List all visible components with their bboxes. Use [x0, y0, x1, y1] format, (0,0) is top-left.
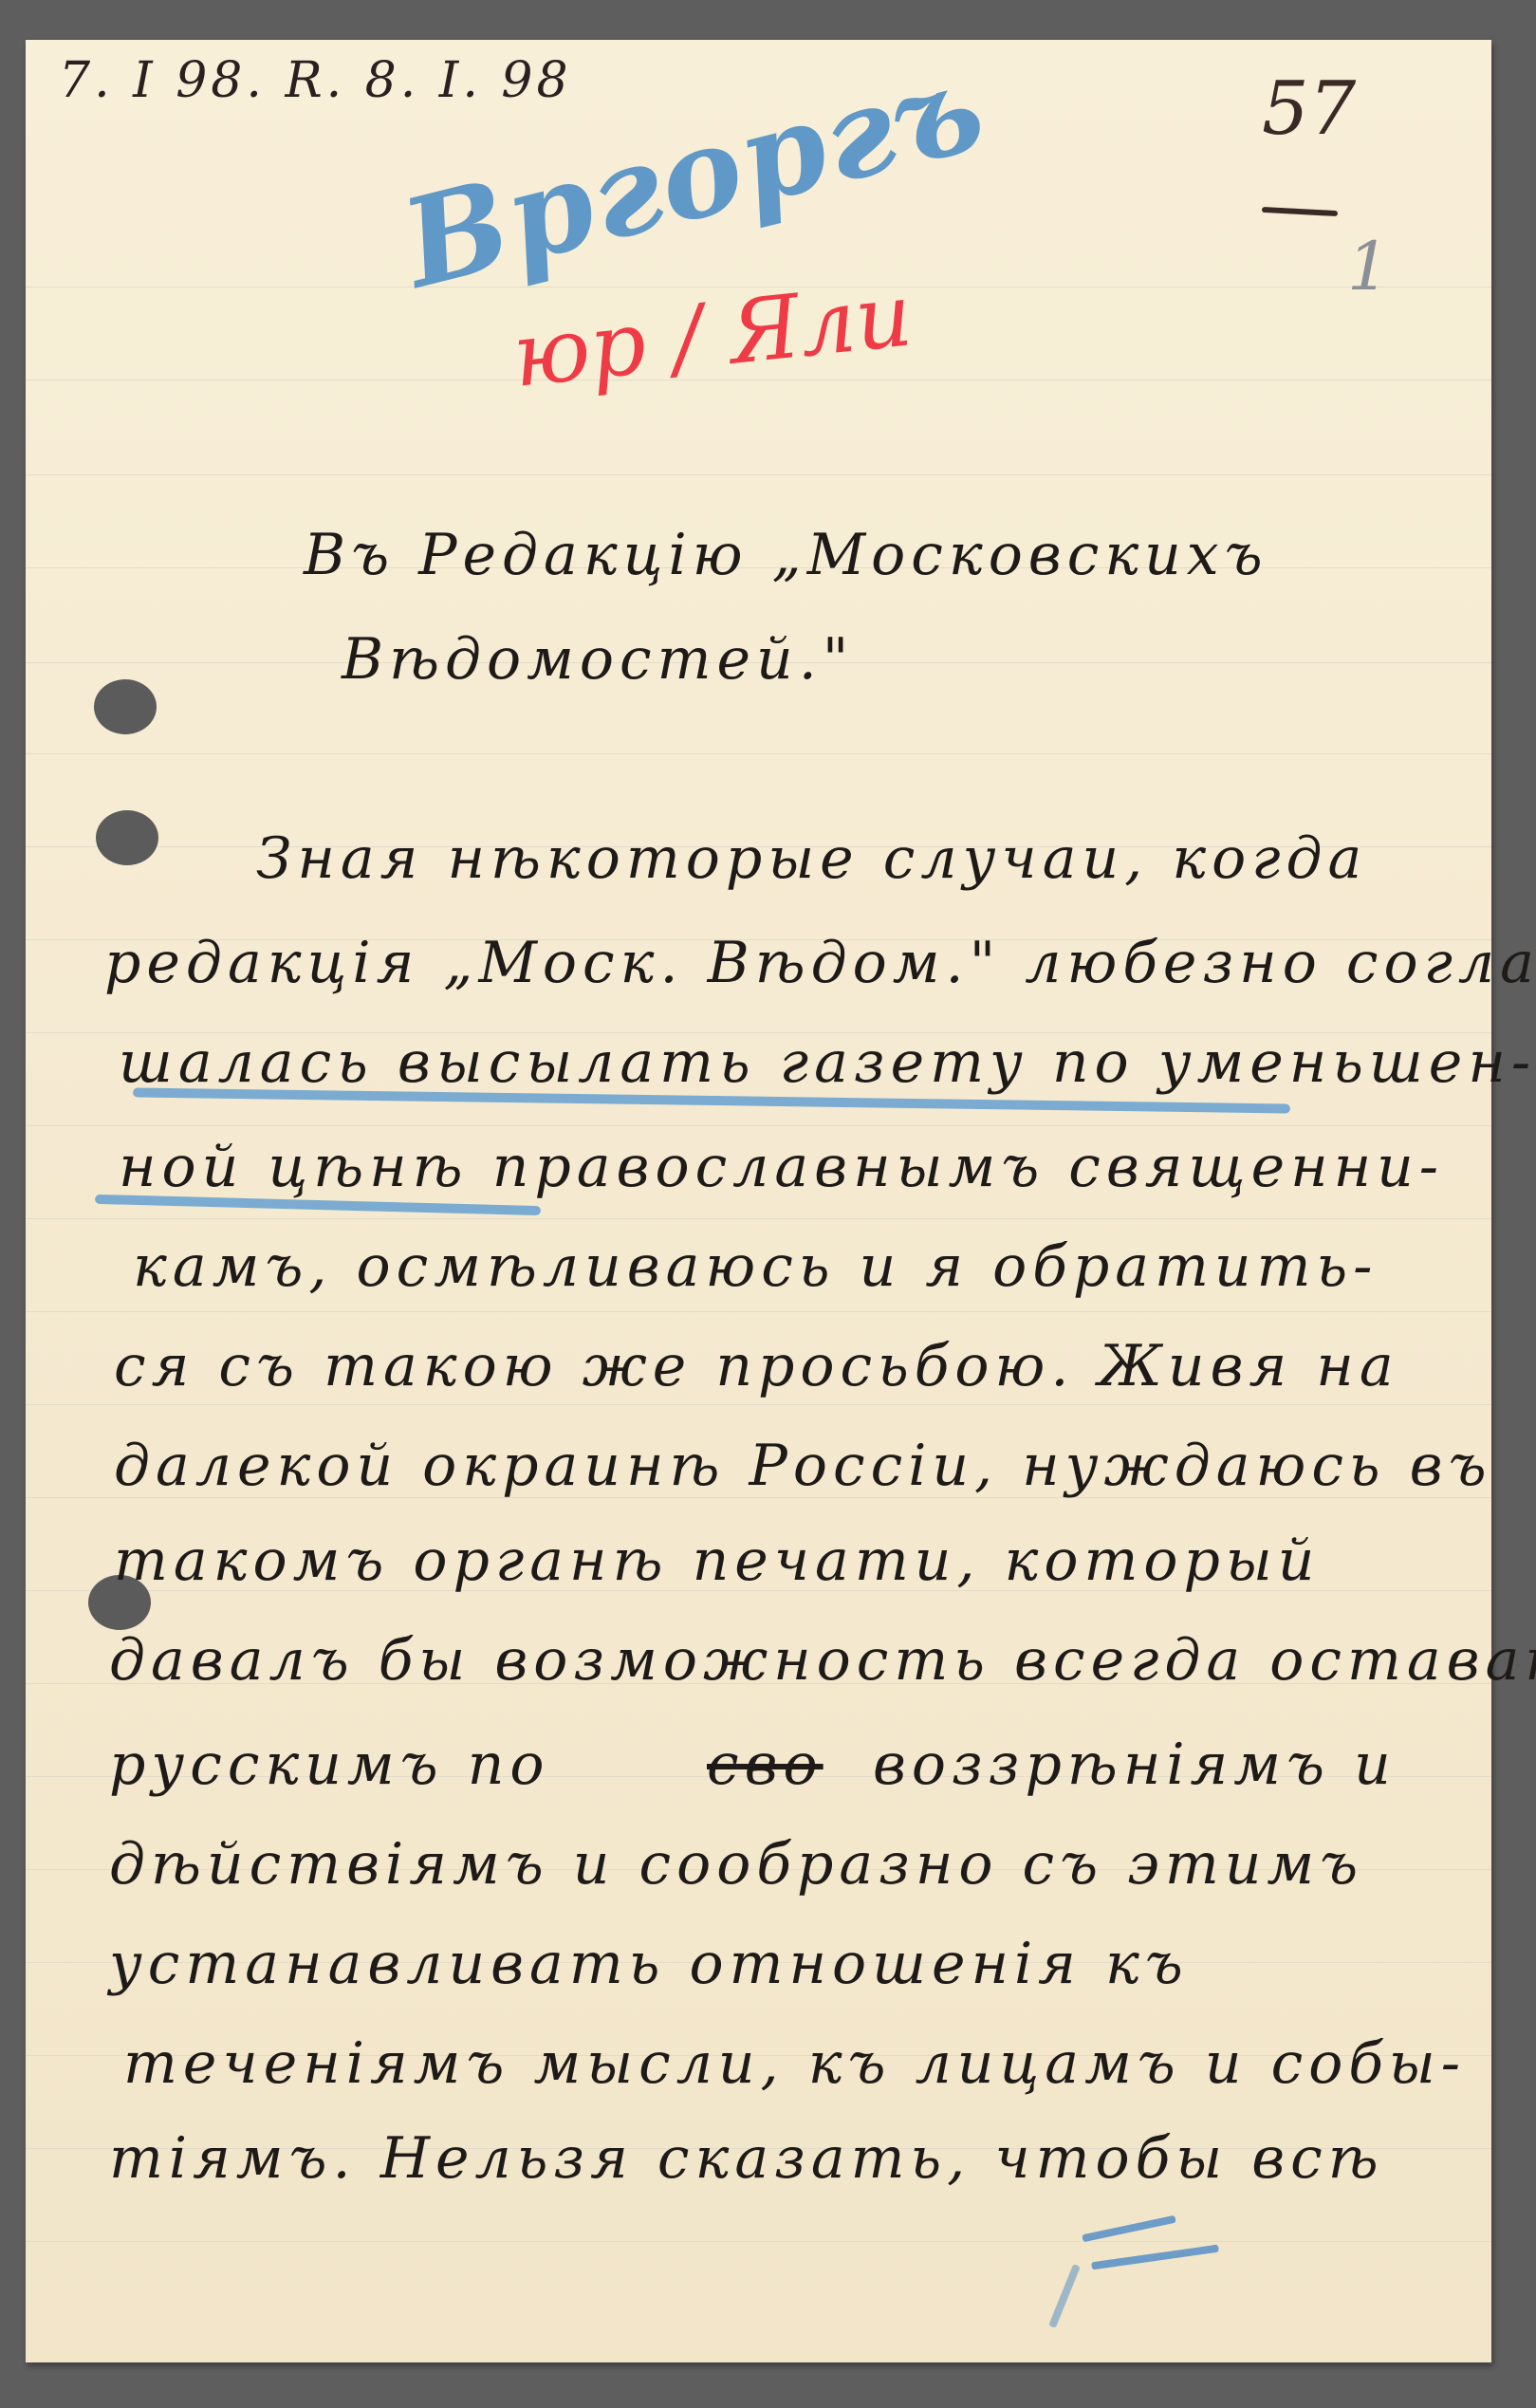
body-line: ной цѣнѣ православнымъ священни-	[119, 1134, 1444, 1200]
body-line: далекой окраинѣ Россіи, нуждаюсь въ	[114, 1433, 1492, 1499]
body-line: редакція „Моск. Вѣдом." любезно согла-	[104, 930, 1536, 996]
ruled-line	[26, 753, 1491, 754]
body-line: теченіямъ мысли, къ лицамъ и собы-	[123, 2030, 1466, 2097]
body-line: воззрѣніямъ и	[873, 1732, 1397, 1798]
body-line: тіямъ. Нельзя сказать, чтобы всѣ	[109, 2125, 1384, 2192]
ruled-line	[26, 2241, 1491, 2242]
body-line: русскимъ по	[109, 1732, 549, 1798]
body-line: ся съ такою же просьбою. Живя на	[114, 1333, 1399, 1399]
punch-hole	[96, 810, 158, 865]
punch-hole	[94, 679, 157, 734]
ruled-line	[26, 1125, 1491, 1126]
ruled-line	[26, 1218, 1491, 1219]
body-line: давалъ бы возможность всегда оставаться	[109, 1627, 1536, 1694]
body-line: камъ, осмѣливаюсь и я обратить-	[133, 1233, 1378, 1300]
struck-word: сво	[707, 1732, 824, 1798]
body-line: дѣйствіямъ и сообразно съ этимъ	[109, 1831, 1363, 1898]
ruled-line	[26, 474, 1491, 475]
ruled-line	[26, 1404, 1491, 1405]
salutation-line-2: Вѣдомостей."	[342, 626, 854, 693]
body-line: такомъ органѣ печати, который	[114, 1528, 1320, 1594]
archive-date: 7. I 98. R. 8. I. 98	[59, 52, 572, 109]
salutation-line-1: Въ Редакцію „Московскихъ	[304, 522, 1268, 588]
folio-number: 57	[1262, 66, 1356, 152]
folio-sub-mark: 1	[1347, 228, 1390, 306]
body-line: Зная нѣкоторые случаи, когда	[256, 825, 1367, 892]
body-line: устанавливать отношенія къ	[109, 1931, 1189, 1997]
ruled-line	[26, 1311, 1491, 1312]
body-line: шалась высылать газету по уменьшен-	[119, 1029, 1536, 1096]
